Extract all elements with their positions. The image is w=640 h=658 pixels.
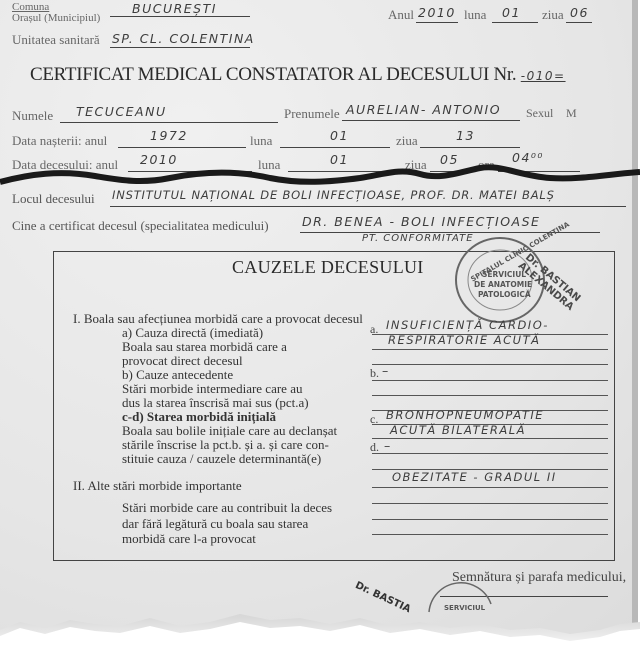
luna-label: luna xyxy=(464,7,486,23)
answer-line xyxy=(372,453,608,454)
answer-line xyxy=(372,380,608,381)
causes-heading: CAUZELE DECESULUI xyxy=(232,257,424,278)
answer-d-value: – xyxy=(384,438,392,453)
unitate-underline xyxy=(110,47,250,48)
title-text: CERTIFICAT MEDICAL CONSTATATOR AL DECESU… xyxy=(30,64,516,85)
unitate-value: SP. CL. COLENTINA xyxy=(112,31,255,46)
answer-line xyxy=(372,487,608,488)
section-2-desc-3: morbidă care l-a provocat xyxy=(122,531,256,547)
ziua-underline xyxy=(566,22,592,23)
cause-cd-desc-3: stituie cauza / cauzele determinantă(e) xyxy=(122,451,321,467)
answer-a-label: a. xyxy=(370,322,378,337)
answer-line xyxy=(372,438,608,439)
unitate-label: Unitatea sanitară xyxy=(12,32,100,48)
nasterii-luna-value: 01 xyxy=(330,128,349,143)
answer-b-value: – xyxy=(382,363,390,378)
answer-d-label: d. xyxy=(370,440,379,455)
answer-c-line-2: ACUTĂ BILATERALĂ xyxy=(390,423,526,437)
stamp-center-line-3: PATOLOGICĂ xyxy=(478,290,531,299)
prenumele-value: AURELIAN- ANTONIO xyxy=(346,102,501,117)
prenumele-label: Prenumele xyxy=(284,106,340,122)
answer-line xyxy=(372,364,608,365)
stamp-center-line-2: DE ANATOMIE xyxy=(474,280,532,289)
oras-value: BUCUREȘTI xyxy=(132,1,217,16)
nasterii-ziua-value: 13 xyxy=(456,128,475,143)
section-2-heading: II. Alte stări morbide importante xyxy=(73,478,242,494)
anul-underline xyxy=(416,22,458,23)
locul-value: INSTITUTUL NAȚIONAL DE BOLI INFECȚIOASE,… xyxy=(112,188,555,202)
answer-b-label: b. xyxy=(370,366,379,381)
oras-underline xyxy=(110,16,250,17)
answer-line xyxy=(372,519,608,520)
ziua-value: 06 xyxy=(570,5,589,20)
numele-underline xyxy=(60,122,278,123)
certificate-number: -010= xyxy=(521,69,566,83)
numele-value: TECUCEANU xyxy=(76,104,167,119)
nasterii-anul-value: 1972 xyxy=(150,128,188,143)
locul-underline xyxy=(110,206,626,207)
oras-label: Orașul (Municipiul) xyxy=(12,12,100,24)
nasterii-luna-label: luna xyxy=(250,133,272,149)
anul-label: Anul xyxy=(388,7,414,23)
answer-a-line-1: INSUFICIENȚĂ CARDIO- xyxy=(386,318,549,332)
certificat-value: DR. BENEA - BOLI INFECȚIOASE xyxy=(302,214,540,229)
sex-value: M xyxy=(566,106,577,121)
nasterii-luna-underline xyxy=(280,147,390,148)
ziua-label: ziua xyxy=(542,7,564,23)
nasterii-ziua-label: ziua xyxy=(396,133,418,149)
answer-c-label: c. xyxy=(370,412,378,427)
luna-underline xyxy=(492,22,538,23)
prenumele-underline xyxy=(342,120,520,121)
nasterii-ziua-underline xyxy=(420,147,520,148)
nasterii-anul-underline xyxy=(118,147,246,148)
answer-a-line-2: RESPIRATORIE ACUTĂ xyxy=(388,333,541,347)
sex-label: Sexul xyxy=(526,106,553,121)
section-2-desc-2: dar fără legătură cu boala sau starea xyxy=(122,516,308,532)
answer-line xyxy=(372,503,608,504)
nasterii-label: Data nașterii: anul xyxy=(12,133,107,149)
certificat-label: Cine a certificat decesul (specialitatea… xyxy=(12,218,269,234)
locul-label: Locul decesului xyxy=(12,191,95,207)
answer-line xyxy=(372,349,608,350)
numele-label: Numele xyxy=(12,108,53,124)
section-2-desc-1: Stări morbide care au contribuit la dece… xyxy=(122,500,332,516)
answer-c-line-1: BRONHOPNEUMOPATIE xyxy=(386,408,544,422)
answer-ii-value: OBEZITATE - GRADUL II xyxy=(392,470,557,484)
anul-value: 2010 xyxy=(418,5,456,20)
document-title: CERTIFICAT MEDICAL CONSTATATOR AL DECESU… xyxy=(30,64,566,86)
torn-paper-bottom-edge xyxy=(0,600,640,658)
answer-line xyxy=(372,395,608,396)
answer-line xyxy=(372,534,608,535)
luna-value: 01 xyxy=(502,5,521,20)
